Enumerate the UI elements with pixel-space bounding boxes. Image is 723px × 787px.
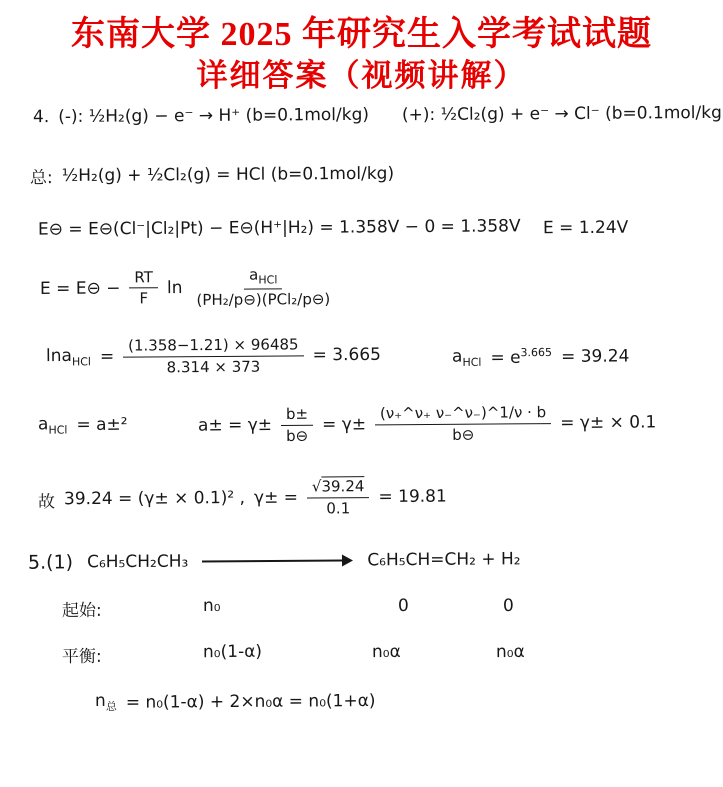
- total-subscript: 总: [106, 700, 117, 713]
- fraction-denominator: (PH₂/p⊖)(PCl₂/p⊖): [191, 289, 335, 310]
- ln-operator: ln: [167, 278, 183, 298]
- standard-emf-line: E⊖ = E⊖(Cl⁻|Cl₂|Pt) − E⊖(H⁺|H₂) = 1.358V…: [38, 216, 521, 239]
- hcl-subscript: HCl: [48, 423, 67, 436]
- activity-pressure-fraction: aHCl (PH₂/p⊖)(PCl₂/p⊖): [191, 265, 335, 310]
- reaction-arrow-icon: [202, 554, 353, 567]
- fraction-numerator: (1.358−1.21) × 96485: [123, 335, 304, 357]
- fraction-numerator: aHCl: [244, 265, 282, 289]
- ln-activity-result: = 3.665: [313, 345, 381, 365]
- page-subtitle: 详细答案（视频讲解）: [0, 50, 723, 95]
- initial-label: 起始:: [62, 596, 102, 621]
- mean-activity-lead: a± = γ±: [198, 415, 272, 436]
- mean-activity-mid: = γ±: [322, 415, 366, 435]
- equilibrium-reactant-amount: n₀(1-α): [203, 642, 262, 662]
- conclusion-equation: 39.24 = (γ± × 0.1)² ,: [64, 488, 245, 509]
- activity-squared-rhs: = a±²: [76, 415, 127, 435]
- q5-reactant: C₆H₅CH₂CH₃: [87, 552, 188, 573]
- activity-result: = 39.24: [561, 347, 629, 367]
- stoichiometric-fraction: (ν₊^ν₊ ν₋^ν₋)^1/ν · b b⊖: [375, 403, 551, 445]
- overall-reaction: ½H₂(g) + ½Cl₂(g) = HCl (b=0.1mol/kg): [62, 163, 394, 185]
- q4-number: 4.: [33, 107, 49, 127]
- measured-emf-line: E = 1.24V: [543, 218, 628, 239]
- mean-activity-result: = γ± × 0.1: [560, 413, 656, 434]
- overall-reaction-line: 总: ½H₂(g) + ½Cl₂(g) = HCl (b=0.1mol/kg): [30, 161, 394, 189]
- negative-electrode-reaction: (-): ½H₂(g) − e⁻ → H⁺ (b=0.1mol/kg): [58, 105, 369, 127]
- fraction-numerator: (ν₊^ν₊ ν₋^ν₋)^1/ν · b: [375, 403, 551, 425]
- hcl-subscript: HCl: [72, 355, 91, 368]
- fraction-denominator: 0.1: [321, 498, 355, 518]
- arrow-shaft: [202, 560, 342, 563]
- activity-lhs: aHCl: [452, 346, 482, 369]
- positive-electrode-reaction: (+): ½Cl₂(g) + e⁻ → Cl⁻ (b=0.1mol/kg): [402, 103, 723, 125]
- rt-over-f-fraction: RT F: [129, 268, 158, 309]
- fraction-numerator: RT: [129, 268, 158, 289]
- sqrt-sign: √: [312, 477, 322, 495]
- overall-label: 总:: [30, 163, 53, 188]
- equilibrium-product2-amount: n₀α: [496, 642, 525, 662]
- fraction-denominator: 8.314 × 373: [162, 356, 266, 376]
- hcl-subscript: HCl: [258, 273, 277, 286]
- nernst-lhs: E = E⊖ −: [40, 278, 121, 299]
- total-moles-rhs: = n₀(1-α) + 2×n₀α = n₀(1+α): [126, 691, 376, 713]
- fraction-denominator: b⊖: [447, 424, 479, 444]
- gamma-lhs: γ± =: [254, 488, 298, 508]
- q4-negative-electrode-line: 4. (-): ½H₂(g) − e⁻ → H⁺ (b=0.1mol/kg): [33, 105, 369, 127]
- sqrt-argument: 39.24: [321, 477, 364, 495]
- q5-reaction-line: 5.(1) C₆H₅CH₂CH₃ C₆H₅CH=CH₂ + H₂: [28, 548, 521, 573]
- q5-number: 5.(1): [28, 551, 73, 573]
- nernst-equation-line: E = E⊖ − RT F ln aHCl (PH₂/p⊖)(PCl₂/p⊖): [40, 265, 335, 311]
- activity-squared-lhs: aHCl: [38, 414, 68, 437]
- fraction-denominator: b⊖: [281, 426, 313, 446]
- conclusion-line: 故 39.24 = (γ± × 0.1)² , γ± = √39.24 0.1 …: [38, 477, 447, 520]
- fraction-numerator: b±: [281, 405, 313, 426]
- total-moles-lhs: n总: [95, 691, 117, 715]
- therefore-label: 故: [38, 487, 55, 512]
- molality-fraction: b± b⊖: [281, 405, 313, 446]
- page-title: 东南大学 2025 年研究生入学考试试题: [0, 6, 723, 55]
- gamma-result: = 19.81: [378, 487, 446, 507]
- hcl-subscript: HCl: [462, 356, 481, 369]
- equilibrium-label: 平衡:: [62, 642, 102, 667]
- total-moles-line: n总 = n₀(1-α) + 2×n₀α = n₀(1+α): [95, 689, 376, 714]
- mean-activity-line: a± = γ± b± b⊖ = γ± (ν₊^ν₊ ν₋^ν₋)^1/ν · b…: [198, 402, 657, 446]
- initial-reactant-amount: n₀: [203, 596, 221, 616]
- q4-positive-electrode-line: (+): ½Cl₂(g) + e⁻ → Cl⁻ (b=0.1mol/kg): [402, 103, 723, 125]
- initial-product2-amount: 0: [503, 596, 514, 616]
- activity-squared-line: aHCl = a±²: [38, 414, 128, 437]
- initial-product1-amount: 0: [398, 596, 409, 616]
- ln-activity-line: lnaHCl = (1.358−1.21) × 96485 8.314 × 37…: [46, 335, 381, 378]
- standard-emf-equation: E⊖ = E⊖(Cl⁻|Cl₂|Pt) − E⊖(H⁺|H₂) = 1.358V…: [38, 216, 521, 239]
- ln-activity-lhs: lnaHCl: [46, 346, 91, 369]
- equals-sign: =: [100, 347, 114, 367]
- fraction-denominator: F: [134, 288, 153, 308]
- ln-activity-fraction: (1.358−1.21) × 96485 8.314 × 373: [123, 335, 304, 377]
- answer-sheet-page: 东南大学 2025 年研究生入学考试试题 详细答案（视频讲解） 4. (-): …: [0, 0, 723, 787]
- measured-emf-value: E = 1.24V: [543, 218, 628, 239]
- fraction-numerator: √39.24: [307, 477, 370, 498]
- q5-products: C₆H₅CH=CH₂ + H₂: [367, 549, 520, 570]
- exponent: 3.665: [520, 346, 552, 359]
- sqrt-fraction: √39.24 0.1: [307, 477, 370, 518]
- arrow-head: [342, 554, 353, 566]
- activity-value-line: aHCl = e3.665 = 39.24: [452, 345, 630, 369]
- equilibrium-product1-amount: n₀α: [372, 642, 401, 662]
- activity-exponential: = e3.665: [490, 346, 552, 368]
